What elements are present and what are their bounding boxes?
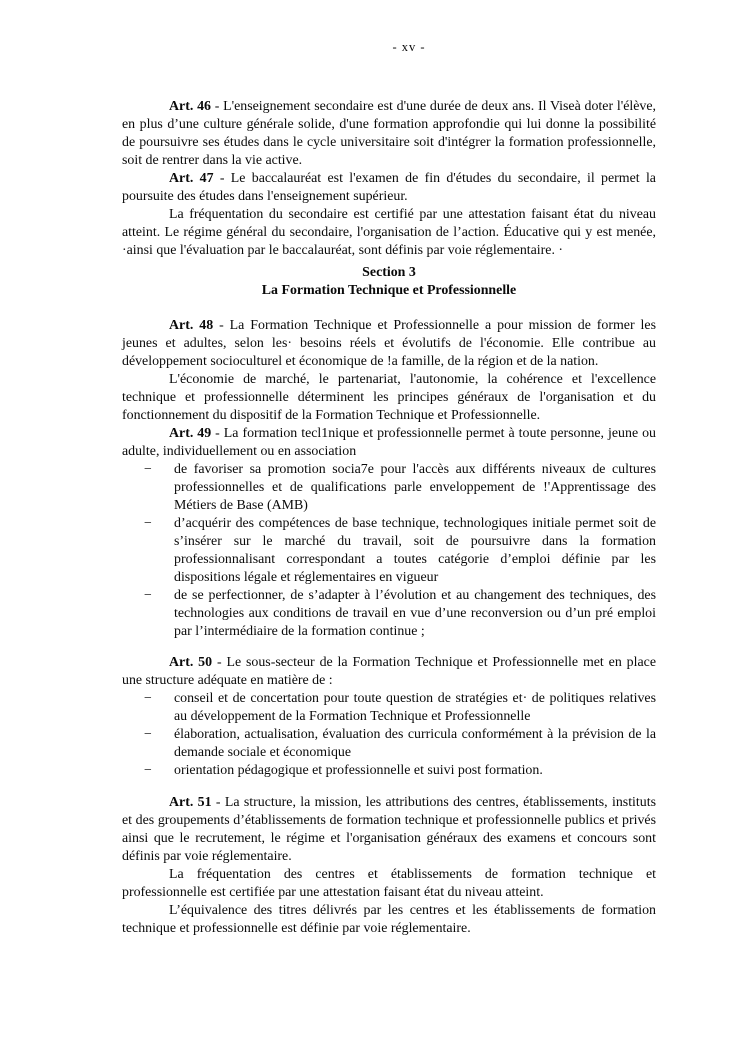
list-bullet: − <box>144 762 152 780</box>
article-label: Art. 50 <box>169 655 212 670</box>
article-label: Art. 49 <box>169 426 211 441</box>
paragraph: La fréquentation du secondaire est certi… <box>122 206 656 260</box>
paragraph-art-49: Art. 49 - La formation tecl1nique et pro… <box>122 425 656 461</box>
paragraph-art-50: Art. 50 - Le sous-secteur de la Formatio… <box>122 654 656 690</box>
list-item: −conseil et de concertation pour toute q… <box>122 690 656 726</box>
list-bullet: − <box>144 461 152 479</box>
list-bullet: − <box>144 726 152 744</box>
list-bullet: − <box>144 690 152 708</box>
paragraph: L’équivalence des titres délivrés par le… <box>122 902 656 938</box>
list-item: −élaboration, actualisation, évaluation … <box>122 726 656 762</box>
paragraph-art-51: Art. 51 - La structure, la mission, les … <box>122 794 656 866</box>
list-bullet: − <box>144 587 152 605</box>
section-title: La Formation Technique et Professionnell… <box>122 282 656 300</box>
article-label: Art. 46 <box>169 99 211 114</box>
list-item-text: orientation pédagogique et professionnel… <box>174 763 543 778</box>
list-bullet: − <box>144 515 152 533</box>
section-number: Section 3 <box>122 264 656 282</box>
bullet-list-art-50: −conseil et de concertation pour toute q… <box>122 690 656 780</box>
list-item-text: élaboration, actualisation, évaluation d… <box>174 727 656 760</box>
article-label: Art. 48 <box>169 318 213 333</box>
list-item: −orientation pédagogique et professionne… <box>122 762 656 780</box>
document-body: Art. 46 - L'enseignement secondaire est … <box>122 98 656 938</box>
document-page: - xv - Art. 46 - L'enseignement secondai… <box>0 0 744 1053</box>
list-item: −de favoriser sa promotion socia7e pour … <box>122 461 656 515</box>
list-item-text: de favoriser sa promotion socia7e pour l… <box>174 462 656 513</box>
page-number-header: - xv - <box>142 40 676 55</box>
bullet-list-art-49: −de favoriser sa promotion socia7e pour … <box>122 461 656 641</box>
paragraph-art-47: Art. 47 - Le baccalauréat est l'examen d… <box>122 170 656 206</box>
list-item-text: d’acquérir des compétences de base techn… <box>174 516 656 585</box>
paragraph-art-48: Art. 48 - La Formation Technique et Prof… <box>122 317 656 371</box>
article-label: Art. 51 <box>169 795 212 810</box>
list-item: −de se perfectionner, de s’adapter à l’é… <box>122 587 656 641</box>
list-item-text: de se perfectionner, de s’adapter à l’év… <box>174 588 656 639</box>
paragraph-art-46: Art. 46 - L'enseignement secondaire est … <box>122 98 656 170</box>
article-label: Art. 47 <box>169 171 214 186</box>
section-heading: Section 3 La Formation Technique et Prof… <box>122 264 656 300</box>
list-item: −d’acquérir des compétences de base tech… <box>122 515 656 587</box>
paragraph: L'économie de marché, le partenariat, l'… <box>122 371 656 425</box>
paragraph: La fréquentation des centres et établiss… <box>122 866 656 902</box>
list-item-text: conseil et de concertation pour toute qu… <box>174 691 656 724</box>
